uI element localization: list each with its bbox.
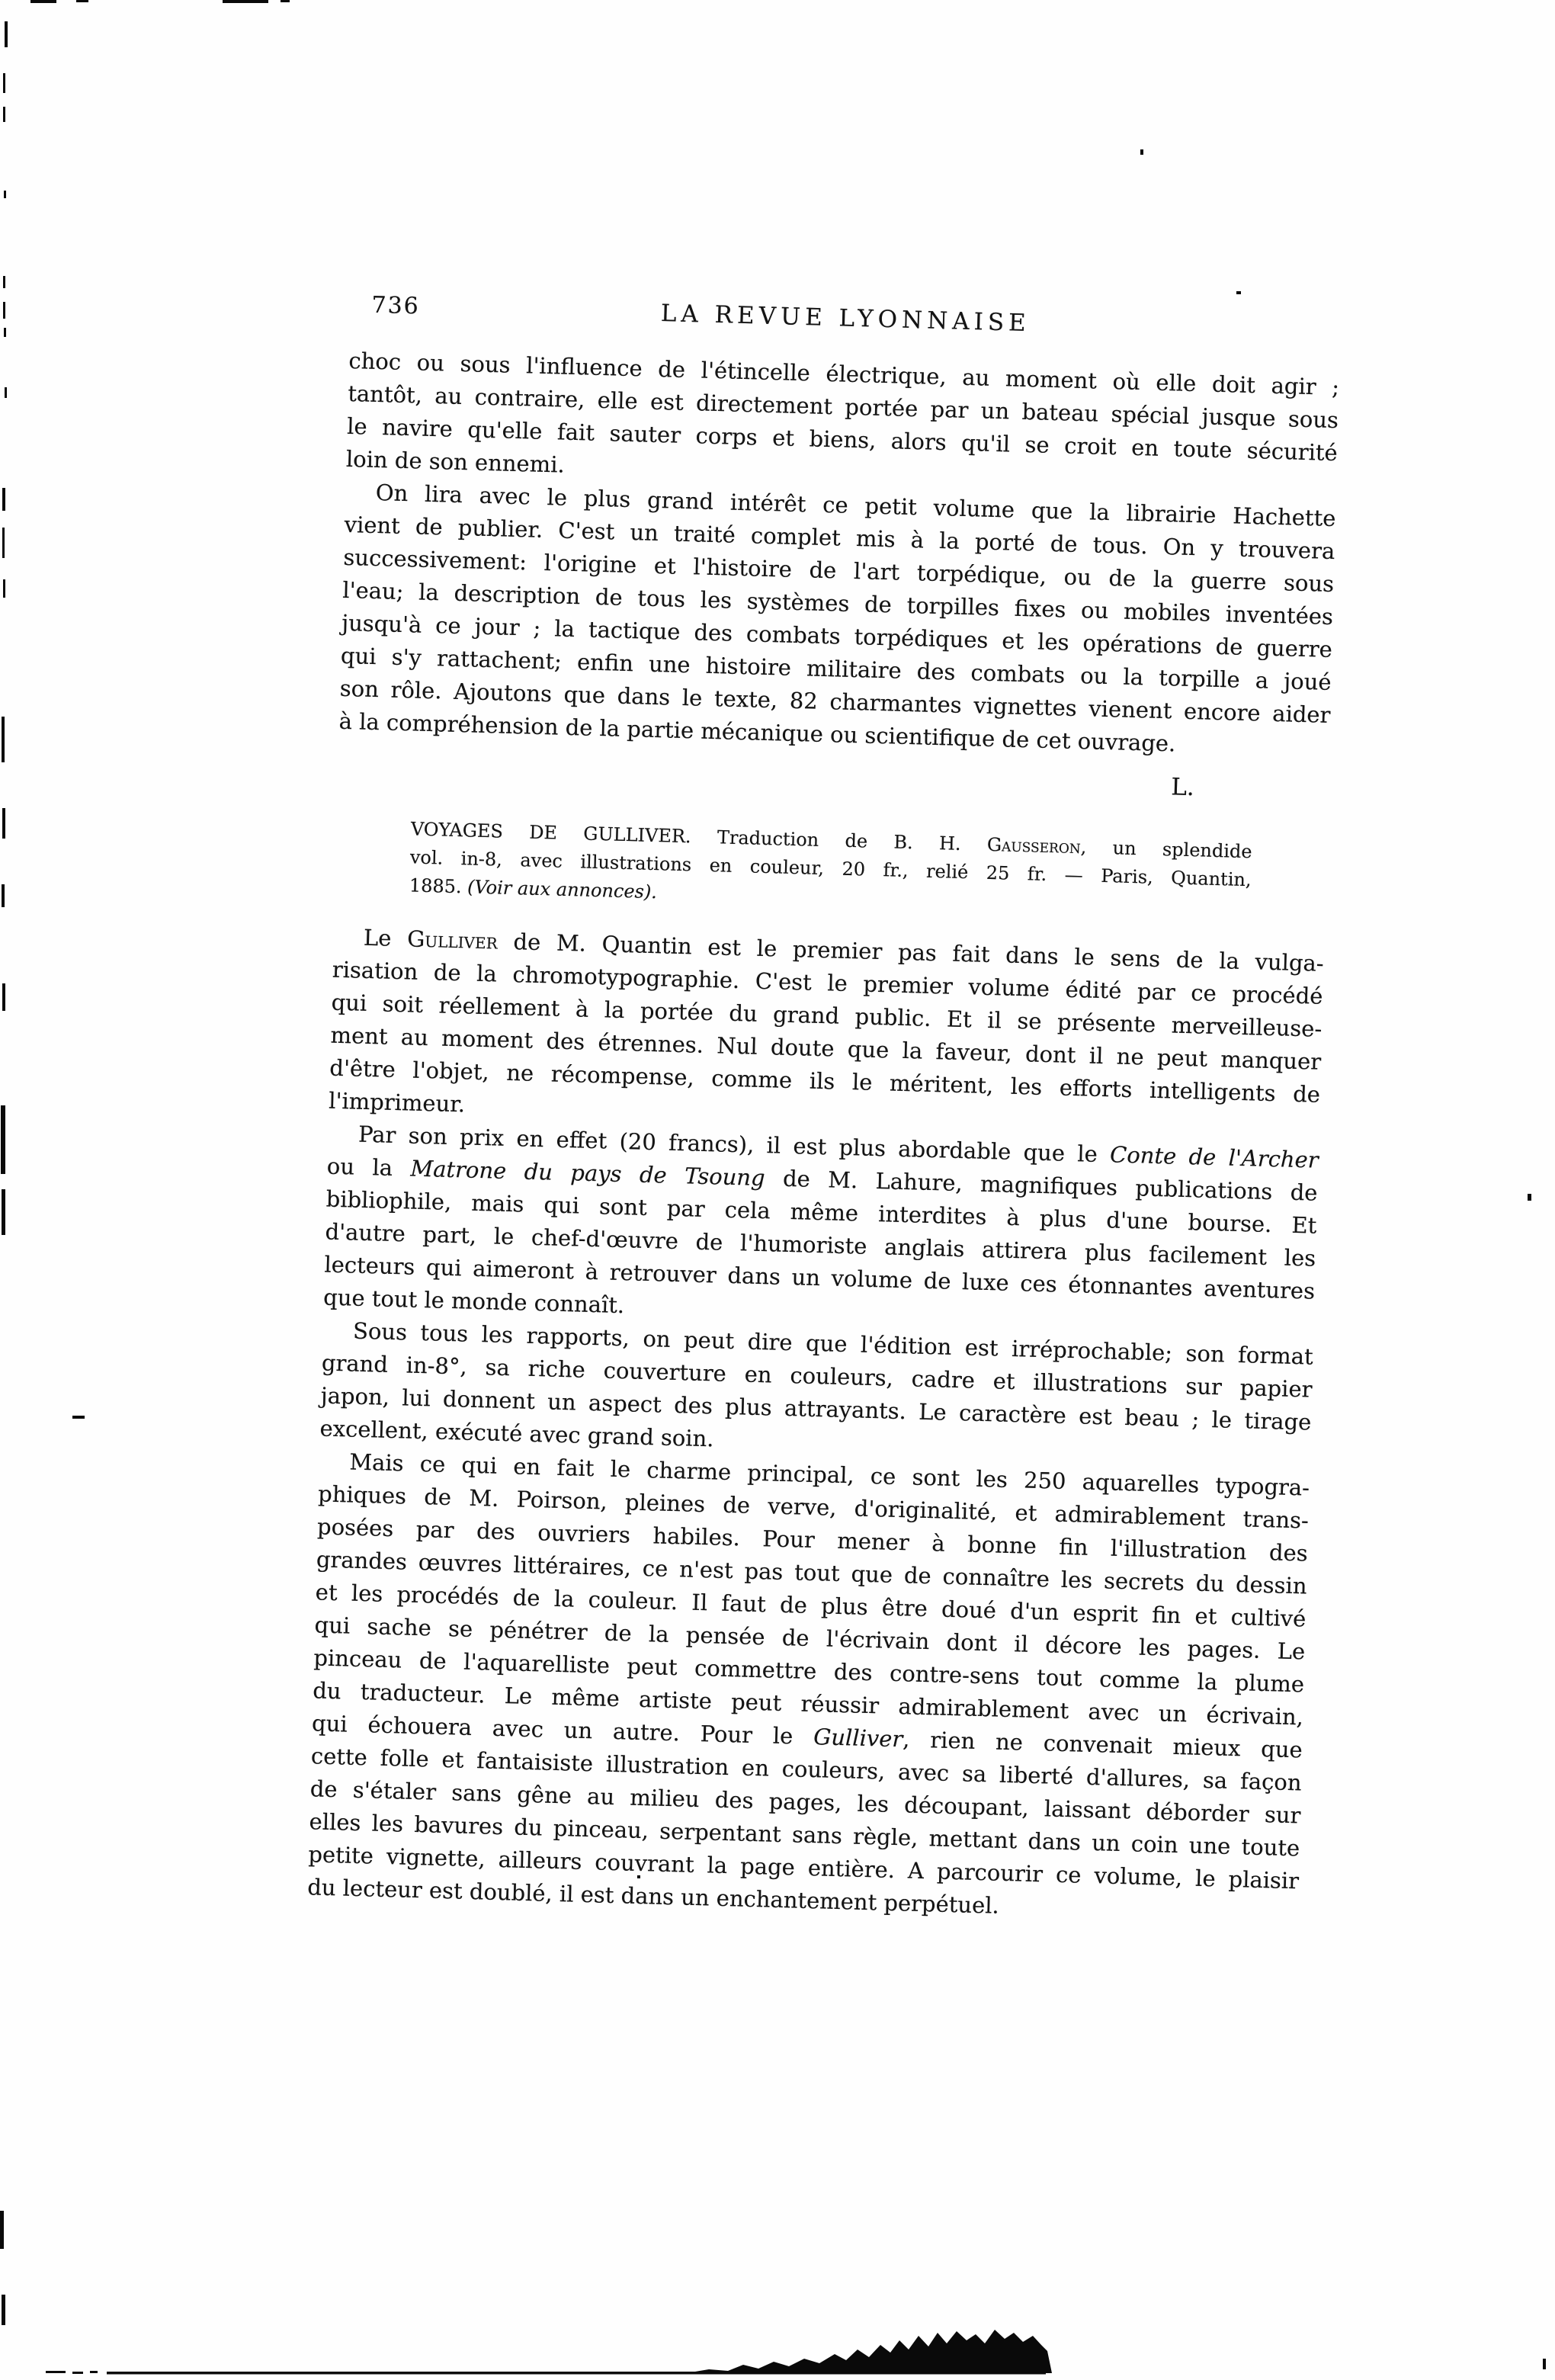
page-header: 736 LA REVUE LYONNAISE	[350, 291, 1342, 353]
scan-artifact	[2, 717, 5, 762]
text-segment: ou la	[326, 1153, 411, 1182]
scan-artifact	[76, 0, 88, 2]
scan-artifact	[2, 488, 5, 511]
text-segment: Gulliver	[407, 925, 498, 954]
scan-speck	[1528, 1194, 1531, 1201]
text-segment: , un splendide	[1080, 836, 1252, 862]
scan-artifact	[4, 191, 6, 198]
text-segment: 1885.	[409, 874, 468, 897]
scan-artifact	[2, 884, 5, 907]
scan-artifact	[2, 2295, 5, 2325]
scan-artifact	[2, 528, 5, 558]
page-content: 736 LA REVUE LYONNAISE choc ou sous l'in…	[307, 291, 1342, 1930]
scan-artifact	[3, 107, 5, 122]
text-segment: Conte de l'Archer	[1110, 1141, 1319, 1172]
text-segment: L.	[1171, 773, 1194, 801]
body-paragraph: On lira avec le plus grand intérêt ce pe…	[338, 476, 1336, 765]
scan-artifact	[3, 276, 5, 288]
body-paragraph: Le Gulliver de M. Quantin est le premier…	[329, 921, 1325, 1144]
scan-smudge	[0, 2325, 1555, 2380]
body-paragraph: Sous tous les rapports, on peut dire que…	[319, 1314, 1313, 1472]
scanned-page: 736 LA REVUE LYONNAISE choc ou sous l'in…	[0, 0, 1555, 2380]
body-paragraph: choc ou sous l'influence de l'étincelle …	[345, 345, 1339, 502]
scan-artifact	[3, 579, 5, 598]
scan-artifact	[0, 2211, 4, 2249]
scan-artifact	[5, 387, 7, 398]
scan-artifact	[2, 983, 5, 1011]
scan-artifact	[3, 73, 5, 93]
text-segment: Matrone du pays de Tsoung	[410, 1156, 765, 1192]
scan-artifact	[223, 0, 268, 3]
text-segment: Gulliver	[813, 1724, 903, 1752]
journal-title: LA REVUE LYONNAISE	[350, 291, 1341, 345]
scan-artifact	[1, 1105, 5, 1174]
text-segment: l'imprimeur.	[329, 1088, 466, 1118]
scan-speck	[1236, 291, 1241, 294]
text-segment: Le	[364, 925, 408, 952]
text-segment: Gausseron	[987, 834, 1082, 858]
scan-artifact	[3, 302, 5, 319]
body-paragraph: Mais ce qui en fait le charme principal,…	[307, 1445, 1310, 1930]
text-segment: (Voir aux annonces).	[467, 876, 657, 903]
scan-artifact	[281, 0, 290, 2]
citation-block: VOYAGES DE GULLIVER. Traduction de B. H.…	[409, 815, 1252, 922]
text-segment: que tout le monde connaît.	[323, 1285, 625, 1319]
scan-speck	[1140, 149, 1143, 155]
scan-artifact	[4, 328, 6, 337]
scan-artifact	[5, 21, 8, 47]
scan-speck	[72, 1416, 85, 1419]
scan-speck	[637, 1875, 640, 1878]
body-paragraph: Par son prix en effet (20 francs), il es…	[323, 1118, 1319, 1341]
text-segment: loin de son ennemi.	[346, 446, 566, 478]
scan-artifact	[2, 1189, 5, 1235]
scan-artifact	[2, 808, 5, 839]
scan-artifact	[30, 0, 56, 3]
text-blocks: choc ou sous l'influence de l'étincelle …	[307, 345, 1340, 1930]
